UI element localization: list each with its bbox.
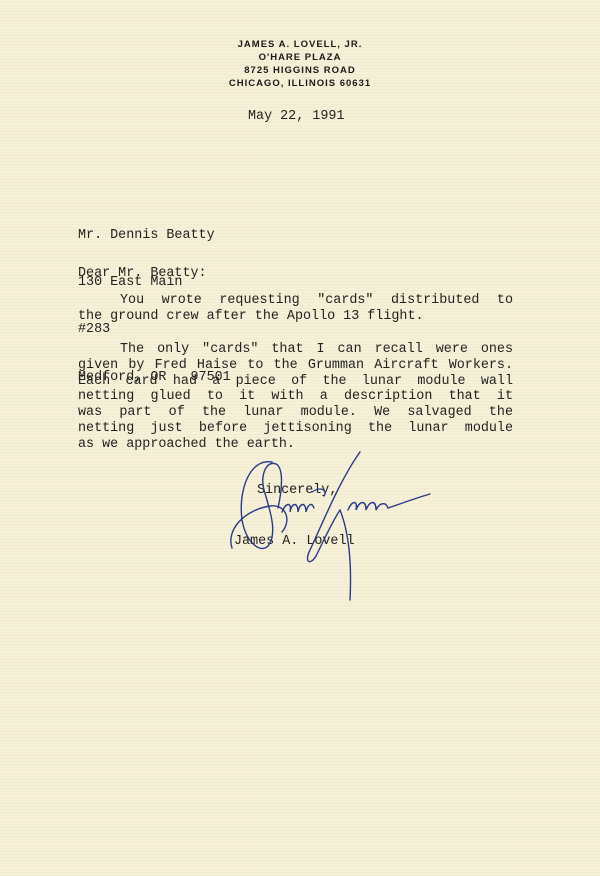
paragraph-line: Each card had a piece of the lunar modul…	[78, 374, 513, 390]
letterhead-street: 8725 HIGGINS ROAD	[0, 64, 600, 77]
recipient-name: Mr. Dennis Beatty	[78, 228, 231, 244]
paragraph-line: the ground crew after the Apollo 13 flig…	[78, 309, 513, 325]
letterhead-city: CHICAGO, ILLINOIS 60631	[0, 77, 600, 90]
letterhead-building: O'HARE PLAZA	[0, 51, 600, 64]
handwritten-signature	[220, 450, 460, 610]
paragraph-line: You wrote requesting "cards" distributed…	[78, 293, 513, 309]
body-paragraph-1: You wrote requesting "cards" distributed…	[78, 293, 513, 325]
paragraph-line: was part of the lunar module. We salvage…	[78, 405, 513, 421]
paragraph-line: given by Fred Haise to the Grumman Aircr…	[78, 358, 513, 374]
body-paragraph-2: The only "cards" that I can recall were …	[78, 342, 513, 453]
letterhead: JAMES A. LOVELL, JR. O'HARE PLAZA 8725 H…	[0, 38, 600, 90]
paragraph-line: netting glued to it with a description t…	[78, 389, 513, 405]
paragraph-line: netting just before jettisoning the luna…	[78, 421, 513, 437]
salutation: Dear Mr. Beatty:	[78, 266, 207, 282]
paragraph-line: The only "cards" that I can recall were …	[78, 342, 513, 358]
letterhead-name: JAMES A. LOVELL, JR.	[0, 38, 600, 51]
recipient-unit: #283	[78, 322, 231, 338]
letter-date: May 22, 1991	[248, 109, 344, 125]
